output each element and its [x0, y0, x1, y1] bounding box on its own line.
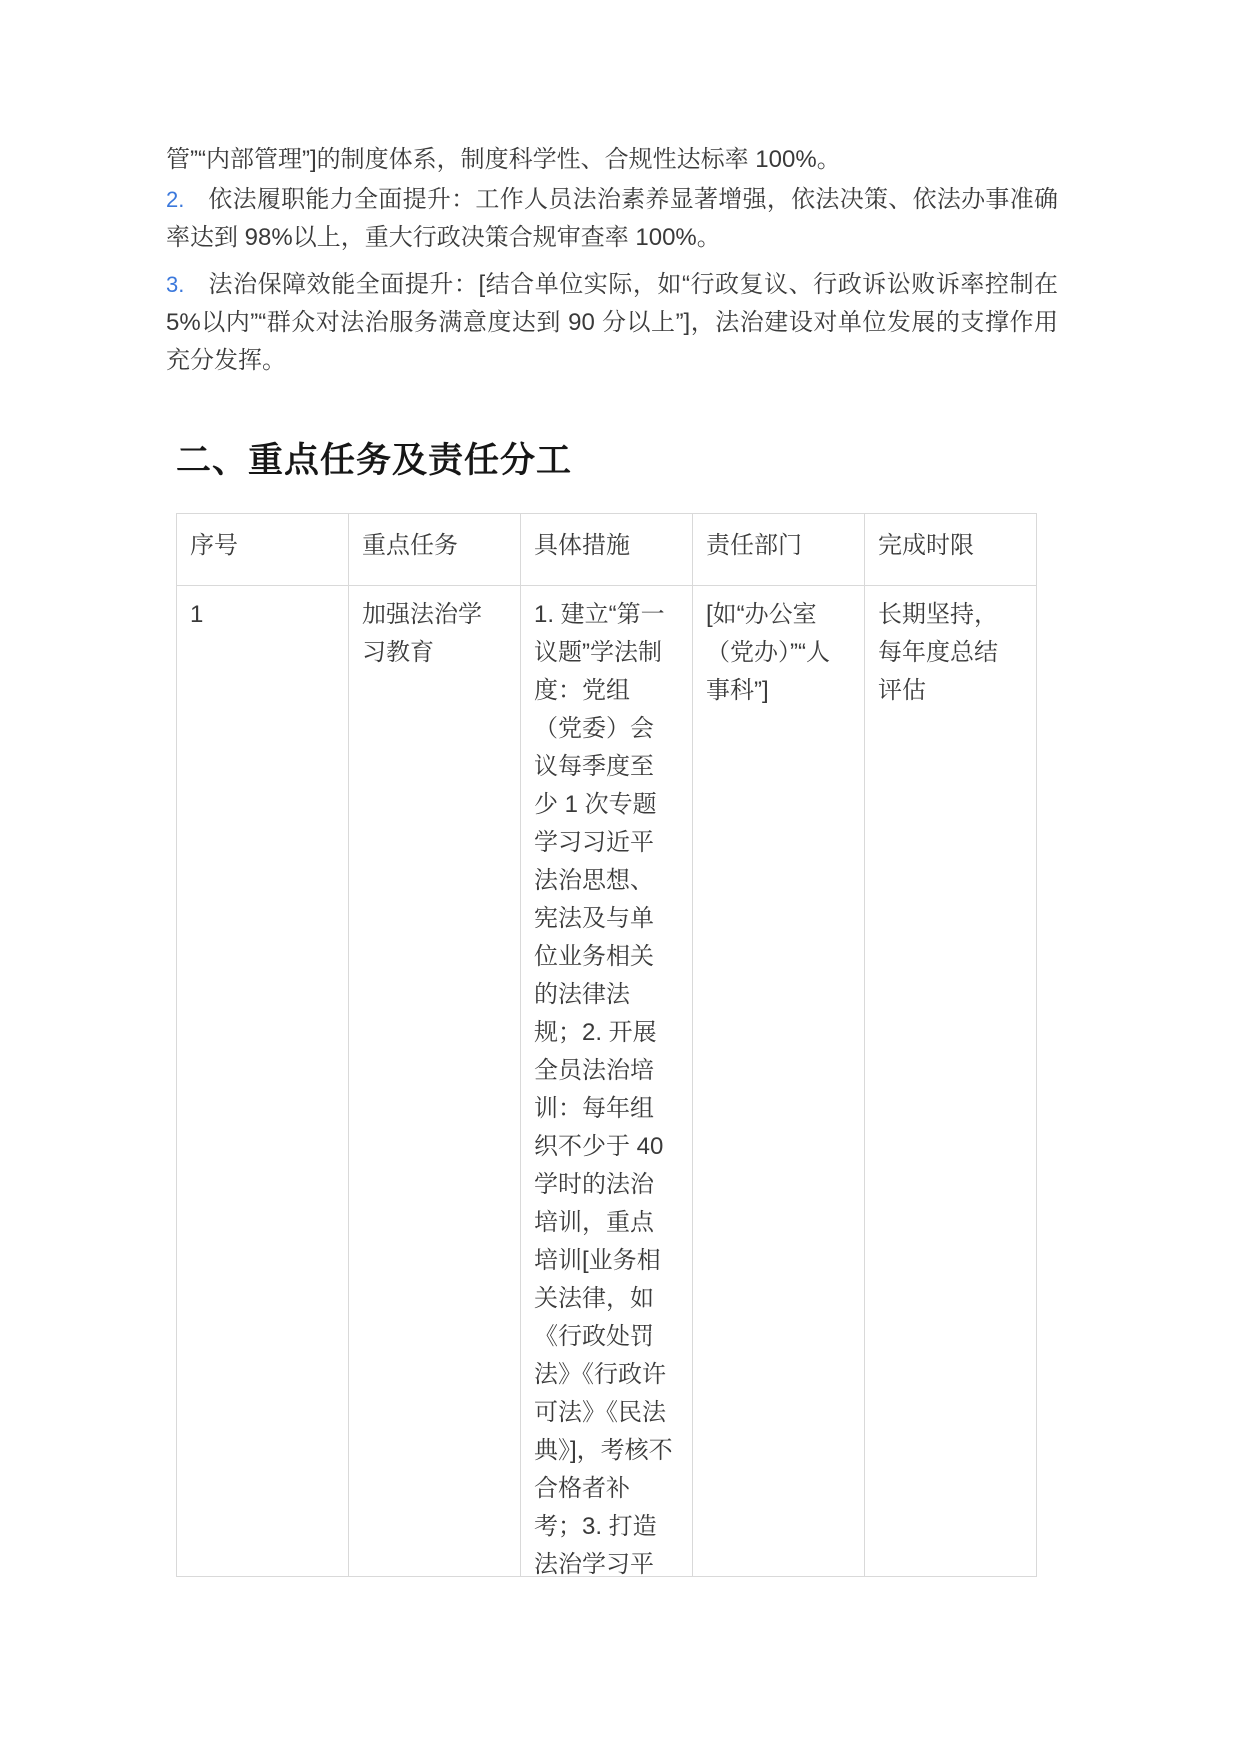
cell-deadline: 长期坚持，每年度总结评估 [865, 586, 1037, 1578]
col-header-measures: 具体措施 [521, 514, 693, 586]
list-item-3-text: 法治保障效能全面提升：[结合单位实际，如“行政复议、行政诉讼败诉率控制在 5%以… [166, 271, 1058, 374]
list-number-3: 3. [166, 266, 208, 304]
paragraph-continuation: 管”“内部管理”]的制度体系，制度科学性、合规性达标率 100%。 [166, 141, 1058, 179]
table-row: 1 加强法治学习教育 1. 建立“第一议题”学法制度：党组（党委）会议每季度至少… [177, 586, 1037, 1578]
col-header-index: 序号 [177, 514, 349, 586]
list-item-3: 3.法治保障效能全面提升：[结合单位实际，如“行政复议、行政诉讼败诉率控制在 5… [166, 266, 1058, 380]
cell-department: [如“办公室（党办）”“人事科”] [693, 586, 865, 1578]
col-header-task: 重点任务 [349, 514, 521, 586]
cell-measures: 1. 建立“第一议题”学法制度：党组（党委）会议每季度至少 1 次专题学习习近平… [521, 586, 693, 1578]
col-header-department: 责任部门 [693, 514, 865, 586]
tasks-table-container: 序号 重点任务 具体措施 责任部门 完成时限 1 加强法治学习教育 1. 建立“… [176, 513, 1037, 1577]
list-item-2-text: 依法履职能力全面提升：工作人员法治素养显著增强，依法决策、依法办事准确率达到 9… [166, 186, 1058, 251]
cell-index: 1 [177, 586, 349, 1578]
document-page: { "page": { "colors": { "background": "#… [0, 0, 1241, 1755]
list-number-2: 2. [166, 181, 208, 219]
table-header-row: 序号 重点任务 具体措施 责任部门 完成时限 [177, 514, 1037, 586]
tasks-table: 序号 重点任务 具体措施 责任部门 完成时限 1 加强法治学习教育 1. 建立“… [176, 513, 1037, 1577]
col-header-deadline: 完成时限 [865, 514, 1037, 586]
section-heading: 二、重点任务及责任分工 [176, 438, 572, 484]
cell-task: 加强法治学习教育 [349, 586, 521, 1578]
list-item-2: 2.依法履职能力全面提升：工作人员法治素养显著增强，依法决策、依法办事准确率达到… [166, 181, 1058, 257]
